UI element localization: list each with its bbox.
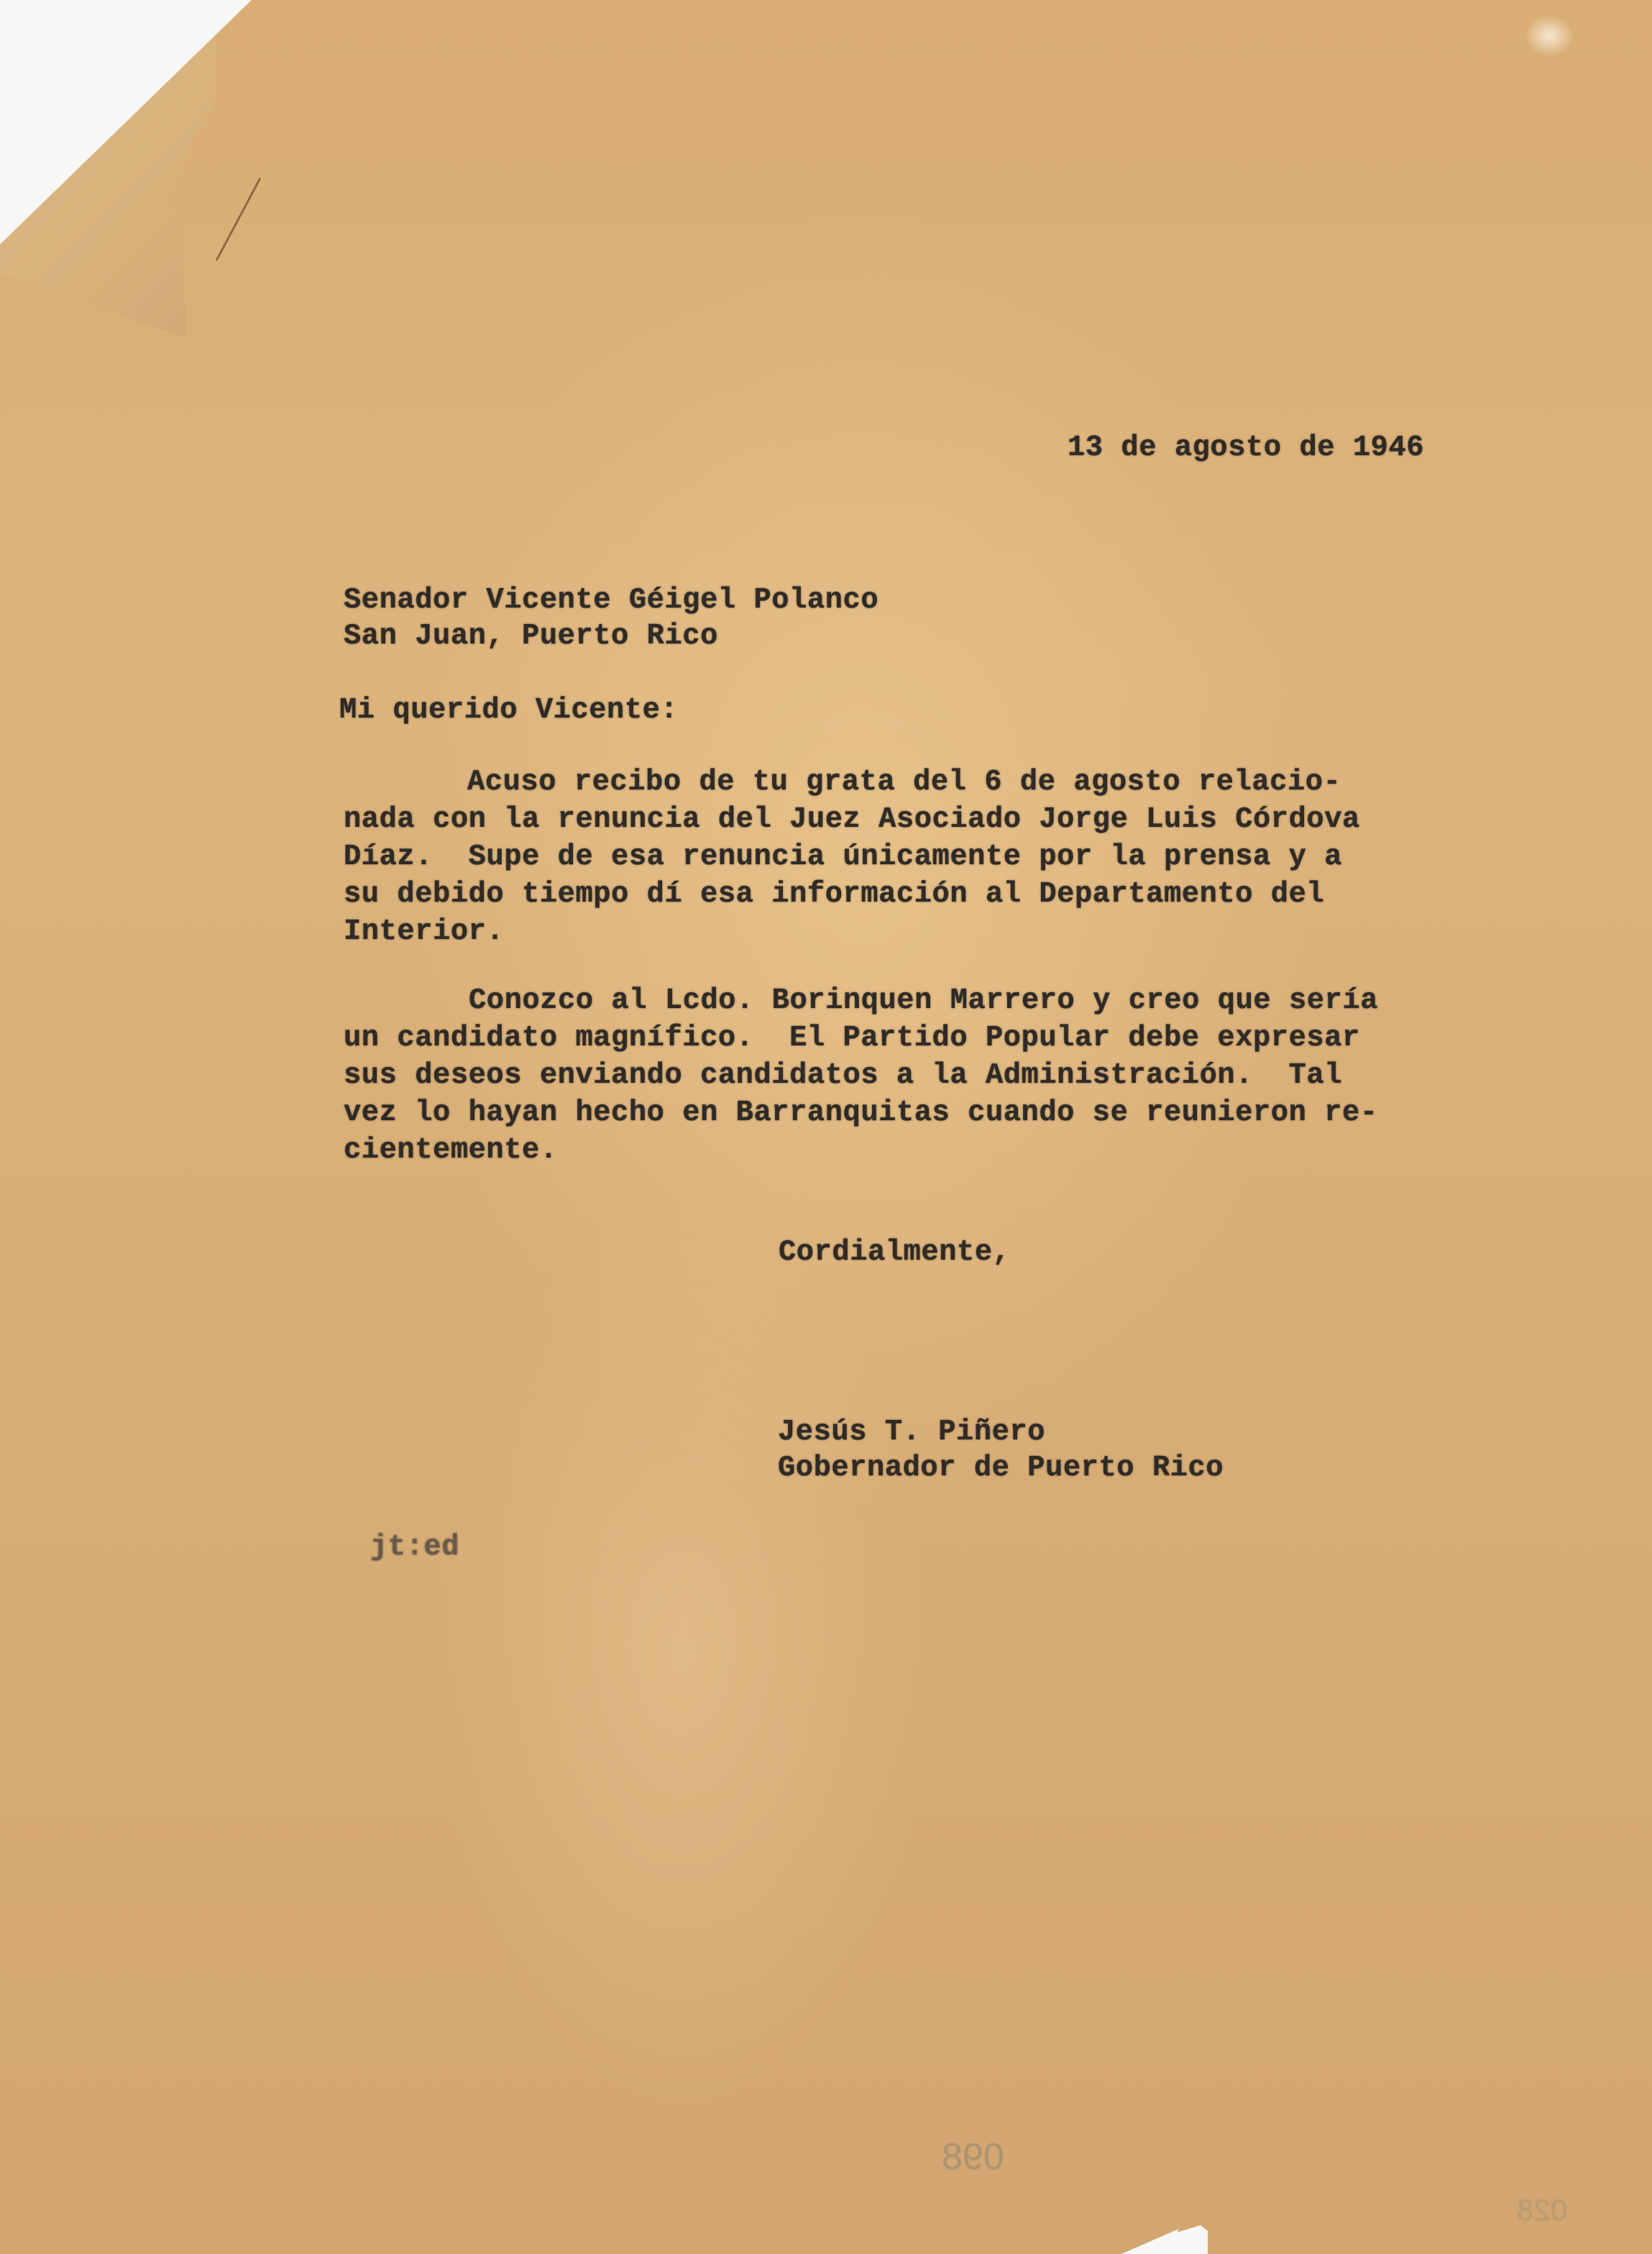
paragraph-2-line: Conozco al Lcdo. Borinquen Marrero y cre…	[469, 986, 1378, 1016]
paragraph-1-line: Díaz. Supe de esa renuncia únicamente po…	[344, 843, 1342, 872]
paragraph-1-line: Interior.	[344, 917, 504, 947]
letter-date: 13 de agosto de 1946	[1068, 434, 1424, 463]
closing: Cordialmente,	[779, 1238, 1010, 1268]
archive-page-number: 098	[942, 2135, 1004, 2179]
paragraph-2-line: cientemente.	[344, 1136, 558, 1165]
paragraph-1-line: su debido tiempo dí esa información al D…	[344, 880, 1324, 910]
paragraph-2-line: vez lo hayan hecho en Barranquitas cuand…	[344, 1099, 1378, 1128]
paragraph-1-line: nada con la renuncia del Juez Asociado J…	[344, 805, 1360, 835]
salutation: Mi querido Vicente:	[339, 696, 678, 725]
recipient-name: Senador Vicente Géigel Polanco	[344, 586, 878, 615]
signature-name: Jesús T. Piñero	[778, 1418, 1045, 1447]
paragraph-2-line: un candidato magnífico. El Partido Popul…	[344, 1024, 1360, 1053]
reference-initials: jt:ed	[370, 1533, 459, 1562]
paragraph-2-line: sus deseos enviando candidatos a la Admi…	[344, 1061, 1342, 1091]
recipient-location: San Juan, Puerto Rico	[344, 622, 718, 651]
letter-text: 13 de agosto de 1946 Senador Vicente Géi…	[0, 0, 1652, 2254]
paragraph-1-line: Acuso recibo de tu grata del 6 de agosto…	[467, 768, 1341, 797]
archive-page-number-faint: 028	[1517, 2193, 1567, 2227]
signature-title: Gobernador de Puerto Rico	[778, 1454, 1224, 1483]
